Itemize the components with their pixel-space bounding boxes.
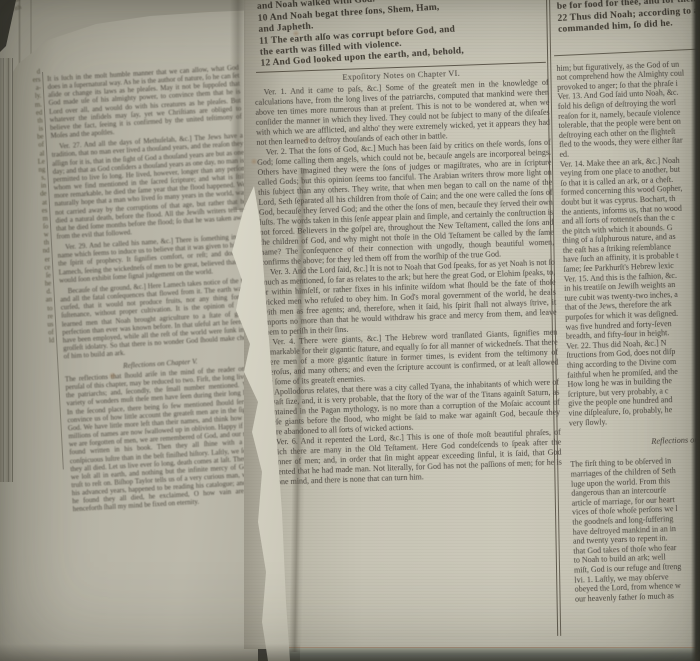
notes-heading-rule [256, 62, 546, 73]
page-edge-line [3, 58, 4, 482]
book-fore-edge-pages [0, 58, 13, 482]
notes-paragraph: Ver. 1. And it came to paſs, &c.] Some o… [255, 78, 551, 148]
stain [526, 228, 533, 235]
right-column-section-rule [554, 49, 696, 56]
notes-paragraph: Ver. 4. There were giants, &c.] The Hebr… [263, 328, 559, 388]
left-page-paragraph: Ver. 29. And he called his name, &c.] Th… [57, 233, 251, 285]
gutter-shadow-top [230, 0, 246, 210]
book-photograph: nd waſ d with d ers a- ly. m. ed th is b… [0, 0, 700, 661]
stain [624, 332, 630, 338]
reflections-chapter-vi-heading: Reflections on Chapter VI. [569, 431, 696, 449]
left-curved-page: d ers a- ly. m. ed th is be of al Le ng … [0, 0, 258, 661]
right-page: was a juſt man, and perfect in his gener… [244, 0, 696, 649]
notes-paragraph: Ver. 6. And it repented the Lord, &c.] T… [267, 428, 563, 488]
right-book-edge [691, 0, 700, 661]
bottom-left-shadow [0, 644, 300, 661]
stain [302, 136, 312, 144]
left-page-paragraph: Becauſe of the ground, &c.] Here Lamech … [60, 277, 256, 362]
stain [108, 372, 117, 380]
left-page-paragraph: Ver. 27. And all the days of Methuſelah,… [51, 133, 248, 242]
verse-column-right: eaten, and thou ſhalt gather it to thee;… [556, 0, 696, 37]
notes-column-right: him; but figuratively, as the God of un … [556, 44, 696, 614]
page-edge-line [8, 58, 9, 482]
bottom-shadow-band [286, 647, 700, 661]
left-page-paragraph: It is ſuch in the moſt humble manner tha… [47, 65, 243, 142]
notes-right-text: him; but figuratively, as the God of un … [556, 53, 696, 428]
verse-column-left: was a juſt man, and perfect in his gener… [256, 0, 552, 71]
notes-paragraph: Apollodorus relates, that there was a ci… [265, 378, 561, 438]
stain [250, 158, 258, 165]
left-page-reflections-paragraph: The reflections that ſhould ariſe in the… [65, 365, 265, 515]
notes-right-reflections-text: The firſt thing to be obſerved in marria… [570, 450, 696, 604]
column-divider-double-rule [546, 0, 561, 636]
expository-notes-heading: Expoſitory Notes on Chapter VI. [254, 66, 548, 85]
stain [292, 30, 300, 37]
